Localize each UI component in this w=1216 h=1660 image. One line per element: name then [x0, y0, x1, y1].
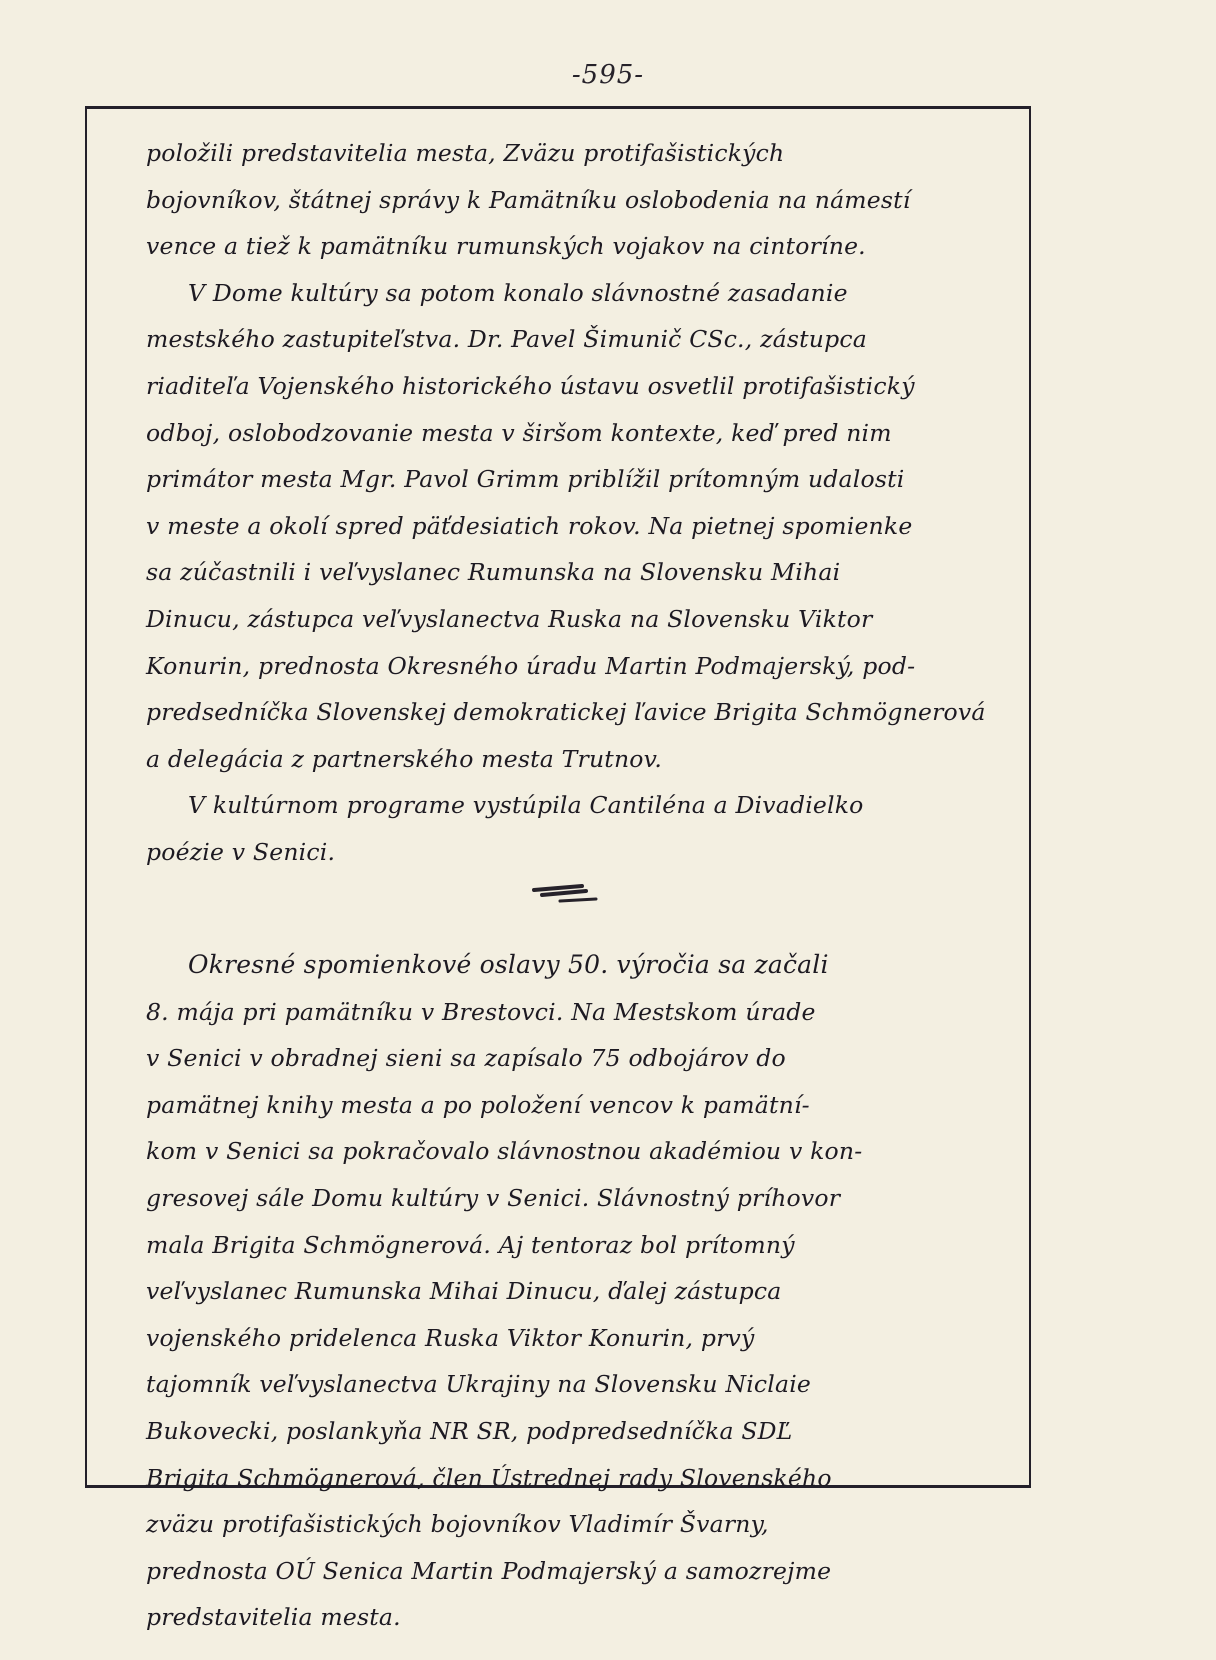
text-line: vence a tiež k pamätníku rumunských voja… [146, 223, 1026, 270]
text-line: 8. mája pri pamätníku v Brestovci. Na Me… [146, 989, 1026, 1036]
paragraph-2: V Dome kultúry sa potom konalo slávnostn… [146, 270, 1026, 783]
text-line: riaditeľa Vojenského historického ústavu… [146, 363, 1026, 410]
section-separator [146, 876, 1026, 923]
text-line: Konurin, prednosta Okresného úradu Marti… [146, 643, 1026, 690]
page-number: -595- [0, 60, 1216, 90]
text-line: poézie v Senici. [146, 829, 1026, 876]
text-line: pamätnej knihy mesta a po položení venco… [146, 1082, 1026, 1129]
paragraph-3: V kultúrnom programe vystúpila Cantiléna… [146, 782, 1026, 875]
text-line: predsedníčka Slovenskej demokratickej ľa… [146, 689, 1026, 736]
text-line: tajomník veľvyslanectva Ukrajiny na Slov… [146, 1361, 1026, 1408]
paragraph-1: položili predstavitelia mesta, Zväzu pro… [146, 130, 1026, 270]
text-line: Dinucu, zástupca veľvyslanectva Ruska na… [146, 596, 1026, 643]
text-line: v Senici v obradnej sieni sa zapísalo 75… [146, 1035, 1026, 1082]
text-line: a delegácia z partnerského mesta Trutnov… [146, 736, 1026, 783]
text-line: bojovníkov, štátnej správy k Pamätníku o… [146, 177, 1026, 224]
text-line: V kultúrnom programe vystúpila Cantiléna… [146, 782, 1026, 829]
triple-stroke-separator-icon [530, 882, 600, 906]
paragraph-4: Okresné spomienkové oslavy 50. výročia s… [146, 942, 1026, 1641]
text-line: sa zúčastnili i veľvyslanec Rumunska na … [146, 549, 1026, 596]
text-line: mala Brigita Schmögnerová. Aj tentoraz b… [146, 1222, 1026, 1269]
text-line: položili predstavitelia mesta, Zväzu pro… [146, 130, 1026, 177]
text-line: v meste a okolí spred päťdesiatich rokov… [146, 503, 1026, 550]
text-line: veľvyslanec Rumunska Mihai Dinucu, ďalej… [146, 1268, 1026, 1315]
text-line: zväzu protifašistických bojovníkov Vladi… [146, 1501, 1026, 1548]
bleed-through-margin-note [1062, 300, 1068, 326]
text-line: odboj, oslobodzovanie mesta v širšom kon… [146, 410, 1026, 457]
text-line: primátor mesta Mgr. Pavol Grimm priblíži… [146, 456, 1026, 503]
text-line: Brigita Schmögnerová, člen Ústrednej rad… [146, 1455, 1026, 1502]
text-line: predstavitelia mesta. [146, 1594, 1026, 1641]
text-line: vojenského pridelenca Ruska Viktor Konur… [146, 1315, 1026, 1362]
text-line: V Dome kultúry sa potom konalo slávnostn… [146, 270, 1026, 317]
text-line: prednosta OÚ Senica Martin Podmajerský a… [146, 1548, 1026, 1595]
chronicle-text: položili predstavitelia mesta, Zväzu pro… [146, 130, 1026, 1641]
text-line: Bukovecki, poslankyňa NR SR, podpredsedn… [146, 1408, 1026, 1455]
text-line: mestského zastupiteľstva. Dr. Pavel Šimu… [146, 316, 1026, 363]
text-line: kom v Senici sa pokračovalo slávnostnou … [146, 1128, 1026, 1175]
text-line: gresovej sále Domu kultúry v Senici. Slá… [146, 1175, 1026, 1222]
text-line: Okresné spomienkové oslavy 50. výročia s… [146, 942, 1026, 989]
